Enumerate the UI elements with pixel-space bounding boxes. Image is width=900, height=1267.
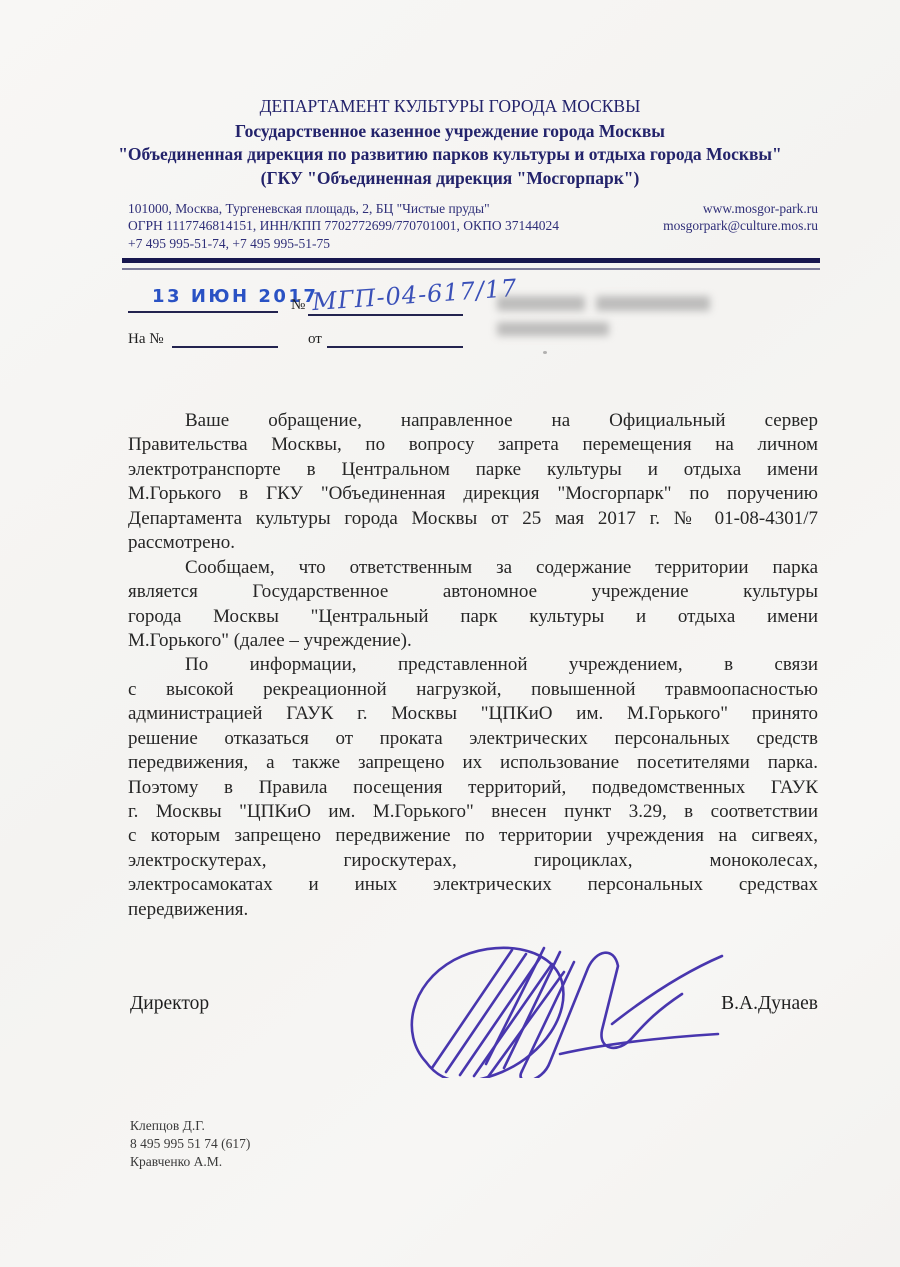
body-line: администрацией ГАУК г. Москвы "ЦПКиО им.… [128,702,818,726]
number-blank-line [308,314,463,316]
body-line: М.Горького в ГКУ "Объединенная дирекция … [128,482,818,506]
handwritten-signature [396,938,726,1078]
body-line: Правительства Москвы, по вопросу запрета… [128,433,818,457]
executor-phone: 8 495 995 51 74 (617) [130,1135,250,1153]
body-line: решение отказаться от проката электричес… [128,727,818,751]
redacted-recipient-name-part2 [596,296,710,311]
body-line: По информации, представленной учреждение… [128,653,818,677]
redacted-recipient-address [497,322,609,336]
body-line: Сообщаем, что ответственным за содержани… [128,556,818,580]
executor-name-1: Клепцов Д.Г. [130,1117,250,1135]
handwritten-number: МГП-04-617/17 [311,274,518,316]
from-label: от [308,331,322,348]
letter-body: Ваше обращение, направленное на Официаль… [128,409,818,922]
letterhead-rule-thick [122,258,820,263]
letterhead-short-name: (ГКУ "Объединенная дирекция "Мосгорпарк"… [0,168,900,189]
letterhead-address-block: 101000, Москва, Тургеневская площадь, 2,… [128,200,559,252]
body-line: передвижения. [128,898,818,922]
letterhead-contact-block: www.mosgor-park.ru mosgorpark@culture.mo… [663,200,818,235]
body-line: электротранспорте в Центральном парке ку… [128,458,818,482]
phone-line: +7 495 995-51-74, +7 495 995-51-75 [128,235,559,252]
body-line: М.Горького" (далее – учреждение). [128,629,818,653]
executor-block: Клепцов Д.Г. 8 495 995 51 74 (617) Кравч… [130,1117,250,1171]
body-line: передвижения, а также запрещено их испол… [128,751,818,775]
letterhead-rule-thin [122,268,820,270]
number-label: № [291,297,305,314]
body-line: рассмотрено. [128,531,818,555]
date-blank-line [128,311,278,313]
letterhead-directorate: "Объединенная дирекция по развитию парко… [0,144,900,165]
letterhead-department: ДЕПАРТАМЕНТ КУЛЬТУРЫ ГОРОДА МОСКВЫ [0,96,900,117]
body-line: электроскутерах, гироскутерах, гироцикла… [128,849,818,873]
signer-title: Директор [130,993,209,1015]
body-line: Поэтому в Правила посещения территорий, … [128,776,818,800]
redacted-recipient-name-part1 [497,296,585,311]
body-line: с которым запрещено передвижение по терр… [128,824,818,848]
scanned-letter-page: ДЕПАРТАМЕНТ КУЛЬТУРЫ ГОРОДА МОСКВЫ Госуд… [0,0,900,1267]
on-number-label: На № [128,331,164,348]
on-number-blank-line [172,346,278,348]
from-blank-line [327,346,463,348]
scan-artifact-dot [543,351,547,354]
body-line: электросамокатах и иных электрических пе… [128,873,818,897]
signer-name: В.А.Дунаев [721,993,818,1015]
address-line: 101000, Москва, Тургеневская площадь, 2,… [128,200,559,217]
body-line: является Государственное автономное учре… [128,580,818,604]
letterhead-institution: Государственное казенное учреждение горо… [0,121,900,142]
website-text: www.mosgor-park.ru [663,200,818,217]
body-line: города Москвы "Центральный парк культуры… [128,605,818,629]
body-line: Департамента культуры города Москвы от 2… [128,507,818,531]
registration-line: ОГРН 1117746814151, ИНН/КПП 7702772699/7… [128,217,559,234]
body-line: Ваше обращение, направленное на Официаль… [128,409,818,433]
body-line: с высокой рекреационной нагрузкой, повыш… [128,678,818,702]
email-text: mosgorpark@culture.mos.ru [663,217,818,234]
executor-name-2: Кравченко А.М. [130,1153,250,1171]
body-line: г. Москвы "ЦПКиО им. М.Горького" внесен … [128,800,818,824]
